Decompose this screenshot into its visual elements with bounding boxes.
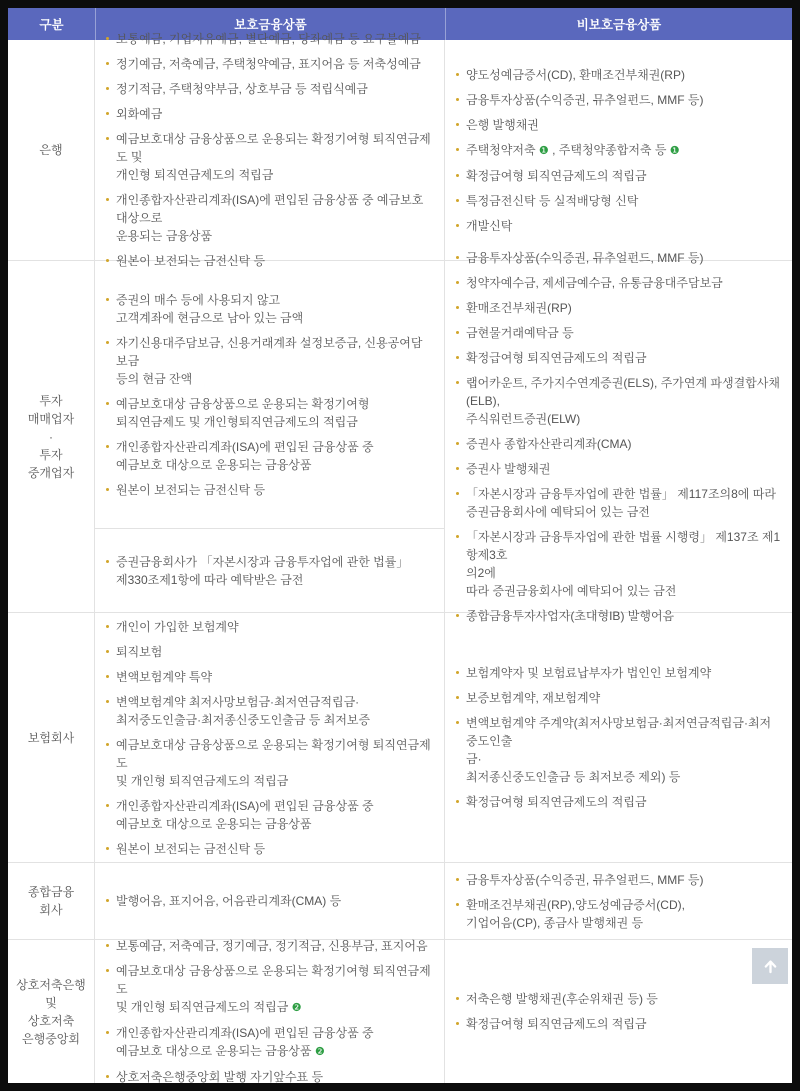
list-item: 상호저축은행중앙회 발행 자기앞수표 등 (103, 1068, 434, 1086)
bullet-icon (456, 696, 459, 699)
list-item: 원본이 보전되는 금전신탁 등 (103, 840, 434, 858)
bullet-icon (456, 800, 459, 803)
bullet-icon (456, 174, 459, 177)
list-item: 주택청약저축 ❶ , 주택청약종합저축 등 ❶ (453, 141, 782, 160)
arrow-up-icon (762, 958, 779, 975)
bullet-icon (456, 878, 459, 881)
list-item: 보통예금, 저축예금, 정기예금, 정기적금, 신용부금, 표지어음 (103, 937, 434, 955)
list-item-text: 개인종합자산관리계좌(ISA)에 편입된 금융상품 중 예금보호 대상으로 운용… (116, 799, 374, 831)
list-item: 개인이 가입한 보험계약 (103, 618, 434, 636)
list-item-text: 금융투자상품(수익증권, 뮤추얼펀드, MMF 등) (466, 873, 703, 887)
bullet-icon (106, 62, 109, 65)
bullet-icon (456, 123, 459, 126)
bullet-icon (456, 535, 459, 538)
bullet-icon (106, 298, 109, 301)
insurance-nonprotected-list: 보험계약자 및 보험료납부자가 법인인 보험계약보증보험계약, 재보험계약변액보… (445, 613, 792, 862)
bullet-icon (106, 198, 109, 201)
list-item-text: 금융투자상품(수익증권, 뮤추얼펀드, MMF 등) (466, 93, 703, 107)
bullet-icon (106, 87, 109, 90)
list-item: 「자본시장과 금융투자업에 관한 법률 시행령」 제137조 제1항제3호 의2… (453, 528, 782, 600)
list-item: 확정급여형 퇴직연금제도의 적립금 (453, 1015, 782, 1033)
bullet-icon (456, 671, 459, 674)
savings-bank-nonprotected-list: 저축은행 발행채권(후순위채권 등) 등확정급여형 퇴직연금제도의 적립금 (445, 940, 792, 1083)
list-item-text: 원본이 보전되는 금전신탁 등 (116, 842, 265, 856)
list-item: 변액보험계약 주계약(최저사망보험금·최저연금적립금·최저중도인출 금· 최저종… (453, 714, 782, 786)
list-item: 원본이 보전되는 금전신탁 등 (103, 481, 434, 499)
list-item: 원본이 보전되는 금전신탁 등 (103, 252, 434, 270)
bullet-icon (106, 804, 109, 807)
list-item: 변액보험계약 특약 (103, 668, 434, 686)
list-item-text: 자기신용대주담보금, 신용거래계좌 설정보증금, 신용공여담보금 등의 현금 잔… (116, 336, 422, 386)
bullet-icon (456, 997, 459, 1000)
footnote-marker-icon: ❷ (315, 1046, 325, 1058)
investment-protected-cell: 증권의 매수 등에 사용되지 않고 고객계좌에 현금으로 남아 있는 금액자기신… (95, 261, 445, 612)
list-item-text: 예금보호대상 금융상품으로 운용되는 확정기여형 퇴직연금제도 및 개인형 퇴직… (116, 132, 431, 182)
list-item: 정기적금, 주택청약부금, 상호부금 등 적립식예금 (103, 80, 434, 98)
list-item-text: 보증보험계약, 재보험계약 (466, 691, 600, 705)
bank-nonprotected-list: 양도성예금증서(CD), 환매조건부채권(RP)금융투자상품(수익증권, 뮤추얼… (445, 40, 792, 260)
list-item: 보험계약자 및 보험료납부자가 법인인 보험계약 (453, 664, 782, 682)
list-item-text: 정기적금, 주택청약부금, 상호부금 등 적립식예금 (116, 82, 368, 96)
list-item: 개발신탁 (453, 217, 782, 235)
bullet-icon (106, 488, 109, 491)
list-item: 청약자예수금, 제세금예수금, 유통금융대주담보금 (453, 274, 782, 292)
list-item: 외화예금 (103, 105, 434, 123)
list-item-text: 발행어음, 표지어음, 어음관리계좌(CMA) 등 (116, 894, 341, 908)
bullet-icon (456, 199, 459, 202)
list-item: 예금보호대상 금융상품으로 운용되는 확정기여형 퇴직연금제도 및 개인형 퇴직… (103, 962, 434, 1017)
bullet-icon (456, 721, 459, 724)
list-item-text: 상호저축은행중앙회 발행 자기앞수표 등 (116, 1070, 323, 1084)
list-item: 보통예금, 기업자유예금, 별단예금, 당좌예금 등 요구불예금 (103, 30, 434, 48)
list-item-text: 예금보호대상 금융상품으로 운용되는 확정기여형 퇴직연금제도 및 개인형 퇴직… (116, 738, 431, 788)
bullet-icon (106, 944, 109, 947)
list-item: 발행어음, 표지어음, 어음관리계좌(CMA) 등 (103, 892, 434, 910)
list-item: 확정급여형 퇴직연금제도의 적립금 (453, 349, 782, 367)
bank-protected-list: 보통예금, 기업자유예금, 별단예금, 당좌예금 등 요구불예금정기예금, 저축… (95, 40, 445, 260)
row-label-savings-bank: 상호저축은행 및 상호저축 은행중앙회 (8, 940, 95, 1083)
list-item-text: 특정금전신탁 등 실적배당형 신탁 (466, 194, 638, 208)
bullet-icon (106, 112, 109, 115)
list-item: 자기신용대주담보금, 신용거래계좌 설정보증금, 신용공여담보금 등의 현금 잔… (103, 334, 434, 388)
list-item-text: 청약자예수금, 제세금예수금, 유통금융대주담보금 (466, 276, 723, 290)
table-row-investment-broker: 투자 매매업자 · 투자 중개업자 증권의 매수 등에 사용되지 않고 고객계좌… (8, 260, 792, 612)
list-item: 환매조건부채권(RP) (453, 299, 782, 317)
merchant-bank-protected-list: 발행어음, 표지어음, 어음관리계좌(CMA) 등 (95, 863, 445, 939)
list-item: 예금보호대상 금융상품으로 운용되는 확정기여형 퇴직연금제도 및 개인형퇴직연… (103, 395, 434, 431)
bullet-icon (106, 402, 109, 405)
list-item-text: 퇴직보험 (116, 645, 162, 659)
insurance-protected-list: 개인이 가입한 보험계약퇴직보험변액보험계약 특약변액보험계약 최저사망보험금·… (95, 613, 445, 862)
footnote-marker-icon: ❶ (539, 145, 549, 157)
bullet-icon (456, 224, 459, 227)
list-item: 증권금융회사가 「자본시장과 금융투자업에 관한 법률」 제330조제1항에 따… (103, 553, 434, 589)
bullet-icon (106, 341, 109, 344)
bullet-icon (456, 614, 459, 617)
list-item-text: 외화예금 (116, 107, 162, 121)
header-category: 구분 (8, 8, 95, 40)
bullet-icon (456, 442, 459, 445)
list-item: 증권사 종합자산관리계좌(CMA) (453, 435, 782, 453)
list-item-text: 보험계약자 및 보험료납부자가 법인인 보험계약 (466, 666, 711, 680)
bullet-icon (106, 650, 109, 653)
row-label-bank: 은행 (8, 40, 95, 260)
bullet-icon (106, 899, 109, 902)
bullet-icon (106, 1031, 109, 1034)
list-item-text: 환매조건부채권(RP),양도성예금증서(CD), 기업어음(CP), 종금사 발… (466, 898, 685, 930)
list-item-text: 예금보호대상 금융상품으로 운용되는 확정기여형 퇴직연금제도 및 개인형 퇴직… (116, 964, 431, 1014)
bullet-icon (106, 37, 109, 40)
bullet-icon (456, 903, 459, 906)
list-item-text: 양도성예금증서(CD), 환매조건부채권(RP) (466, 68, 685, 82)
list-item-text: 변액보험계약 최저사망보험금·최저연금적립금· 최저중도인출금·최저종신중도인출… (116, 695, 370, 727)
list-item: 변액보험계약 최저사망보험금·최저연금적립금· 최저중도인출금·최저종신중도인출… (103, 693, 434, 729)
row-label-merchant-bank: 종합금융 회사 (8, 863, 95, 939)
bullet-icon (456, 1022, 459, 1025)
investment-protected-list: 증권의 매수 등에 사용되지 않고 고객계좌에 현금으로 남아 있는 금액자기신… (95, 261, 444, 528)
list-item: 금융투자상품(수익증권, 뮤추얼펀드, MMF 등) (453, 249, 782, 267)
bullet-icon (106, 625, 109, 628)
list-item-text: 증권의 매수 등에 사용되지 않고 고객계좌에 현금으로 남아 있는 금액 (116, 293, 303, 325)
list-item-text: 랩어카운트, 주가지수연계증권(ELS), 주가연계 파생결합사채(ELB), … (466, 376, 780, 426)
savings-bank-protected-list: 보통예금, 저축예금, 정기예금, 정기적금, 신용부금, 표지어음예금보호대상… (95, 940, 445, 1083)
bullet-icon (106, 675, 109, 678)
bullet-icon (456, 467, 459, 470)
list-item-text: 개인종합자산관리계좌(ISA)에 편입된 금융상품 중 예금보호 대상으로 운용… (116, 1026, 374, 1058)
list-item-text: 증권사 종합자산관리계좌(CMA) (466, 437, 632, 451)
list-item: 금융투자상품(수익증권, 뮤추얼펀드, MMF 등) (453, 871, 782, 889)
list-item-text: 확정급여형 퇴직연금제도의 적립금 (466, 351, 647, 365)
bullet-icon (456, 306, 459, 309)
list-item: 예금보호대상 금융상품으로 운용되는 확정기여형 퇴직연금제도 및 개인형 퇴직… (103, 736, 434, 790)
list-item-text: 원본이 보전되는 금전신탁 등 (116, 254, 265, 268)
list-item-text: 종합금융투자사업자(초대형IB) 발행어음 (466, 609, 674, 623)
list-item-text: 금현물거래예탁금 등 (466, 326, 574, 340)
list-item: 개인종합자산관리계좌(ISA)에 편입된 금융상품 중 예금보호 대상으로 운용… (103, 797, 434, 833)
list-item-text: 예금보호대상 금융상품으로 운용되는 확정기여형 퇴직연금제도 및 개인형퇴직연… (116, 397, 369, 429)
bullet-icon (106, 969, 109, 972)
list-item-text: 개발신탁 (466, 219, 512, 233)
list-item: 확정급여형 퇴직연금제도의 적립금 (453, 793, 782, 811)
list-item-text: 은행 발행채권 (466, 118, 539, 132)
row-label-investment-broker: 투자 매매업자 · 투자 중개업자 (8, 261, 95, 612)
list-item: 보증보험계약, 재보험계약 (453, 689, 782, 707)
footnote-marker-icon: ❶ (670, 145, 680, 157)
list-item: 확정급여형 퇴직연금제도의 적립금 (453, 167, 782, 185)
bullet-icon (456, 281, 459, 284)
list-item-text: 변액보험계약 특약 (116, 670, 212, 684)
list-item: 개인종합자산관리계좌(ISA)에 편입된 금융상품 중 예금보호 대상으로 운용… (103, 438, 434, 474)
list-item: 환매조건부채권(RP),양도성예금증서(CD), 기업어음(CP), 종금사 발… (453, 896, 782, 932)
list-item: 랩어카운트, 주가지수연계증권(ELS), 주가연계 파생결합사채(ELB), … (453, 374, 782, 428)
merchant-bank-nonprotected-list: 금융투자상품(수익증권, 뮤추얼펀드, MMF 등)환매조건부채권(RP),양도… (445, 863, 792, 939)
bullet-icon (456, 356, 459, 359)
list-item-text: 「자본시장과 금융투자업에 관한 법률 시행령」 제137조 제1항제3호 의2… (466, 530, 780, 598)
investment-nonprotected-list: 금융투자상품(수익증권, 뮤추얼펀드, MMF 등)청약자예수금, 제세금예수금… (445, 261, 792, 612)
list-item: 「자본시장과 금융투자업에 관한 법률」 제117조의8에 따라 증권금융회사에… (453, 485, 782, 521)
list-item: 증권의 매수 등에 사용되지 않고 고객계좌에 현금으로 남아 있는 금액 (103, 291, 434, 327)
list-item-text: 변액보험계약 주계약(최저사망보험금·최저연금적립금·최저중도인출 금· 최저종… (466, 716, 771, 784)
list-item: 금현물거래예탁금 등 (453, 324, 782, 342)
list-item-text: 개인종합자산관리계좌(ISA)에 편입된 금융상품 중 예금보호 대상으로 운용… (116, 440, 374, 472)
table-row-bank: 은행 보통예금, 기업자유예금, 별단예금, 당좌예금 등 요구불예금정기예금,… (8, 40, 792, 260)
footnote-marker-icon: ❷ (292, 1002, 302, 1014)
list-item-text: 저축은행 발행채권(후순위채권 등) 등 (466, 992, 658, 1006)
list-item-text: 확정급여형 퇴직연금제도의 적립금 (466, 1017, 647, 1031)
list-item-text: 확정급여형 퇴직연금제도의 적립금 (466, 169, 647, 183)
list-item-text: 개인종합자산관리계좌(ISA)에 편입된 금융상품 중 예금보호 대상으로 운용… (116, 193, 423, 243)
list-item-text: 증권사 발행채권 (466, 462, 550, 476)
bullet-icon (456, 148, 459, 151)
bullet-icon (106, 560, 109, 563)
list-item-text: 환매조건부채권(RP) (466, 301, 572, 315)
bullet-icon (456, 73, 459, 76)
list-item: 개인종합자산관리계좌(ISA)에 편입된 금융상품 중 예금보호 대상으로 운용… (103, 191, 434, 245)
deposit-protection-table: 구분 보호금융상품 비보호금융상품 은행 보통예금, 기업자유예금, 별단예금,… (8, 8, 792, 1083)
bullet-icon (456, 98, 459, 101)
bullet-icon (106, 847, 109, 850)
list-item-text: 주택청약저축 ❶ , 주택청약종합저축 등 ❶ (466, 143, 680, 157)
list-item: 정기예금, 저축예금, 주택청약예금, 표지어음 등 저축성예금 (103, 55, 434, 73)
bullet-icon (456, 331, 459, 334)
list-item-text: 보통예금, 기업자유예금, 별단예금, 당좌예금 등 요구불예금 (116, 32, 421, 46)
investment-protected-list-2: 증권금융회사가 「자본시장과 금융투자업에 관한 법률」 제330조제1항에 따… (95, 528, 444, 612)
list-item: 예금보호대상 금융상품으로 운용되는 확정기여형 퇴직연금제도 및 개인형 퇴직… (103, 130, 434, 184)
list-item-text: 금융투자상품(수익증권, 뮤추얼펀드, MMF 등) (466, 251, 703, 265)
header-nonprotected-products: 비보호금융상품 (445, 8, 792, 40)
list-item: 특정금전신탁 등 실적배당형 신탁 (453, 192, 782, 210)
list-item: 양도성예금증서(CD), 환매조건부채권(RP) (453, 66, 782, 84)
list-item-text: 보통예금, 저축예금, 정기예금, 정기적금, 신용부금, 표지어음 (116, 939, 428, 953)
list-item: 종합금융투자사업자(초대형IB) 발행어음 (453, 607, 782, 625)
list-item-text: 정기예금, 저축예금, 주택청약예금, 표지어음 등 저축성예금 (116, 57, 421, 71)
bullet-icon (106, 259, 109, 262)
list-item-text: 확정급여형 퇴직연금제도의 적립금 (466, 795, 647, 809)
table-row-merchant-bank: 종합금융 회사 발행어음, 표지어음, 어음관리계좌(CMA) 등 금융투자상품… (8, 862, 792, 939)
list-item: 금융투자상품(수익증권, 뮤추얼펀드, MMF 등) (453, 91, 782, 109)
page: 구분 보호금융상품 비보호금융상품 은행 보통예금, 기업자유예금, 별단예금,… (0, 0, 800, 1091)
bullet-icon (106, 137, 109, 140)
table-row-savings-bank: 상호저축은행 및 상호저축 은행중앙회 보통예금, 저축예금, 정기예금, 정기… (8, 939, 792, 1083)
list-item-text: 「자본시장과 금융투자업에 관한 법률」 제117조의8에 따라 증권금융회사에… (466, 487, 776, 519)
list-item-text: 원본이 보전되는 금전신탁 등 (116, 483, 265, 497)
list-item-text: 개인이 가입한 보험계약 (116, 620, 239, 634)
list-item-text: 증권금융회사가 「자본시장과 금융투자업에 관한 법률」 제330조제1항에 따… (116, 555, 408, 587)
bullet-icon (106, 1075, 109, 1078)
bullet-icon (456, 381, 459, 384)
list-item: 퇴직보험 (103, 643, 434, 661)
bullet-icon (456, 492, 459, 495)
list-item: 증권사 발행채권 (453, 460, 782, 478)
bullet-icon (456, 256, 459, 259)
list-item: 개인종합자산관리계좌(ISA)에 편입된 금융상품 중 예금보호 대상으로 운용… (103, 1024, 434, 1061)
bullet-icon (106, 445, 109, 448)
list-item: 은행 발행채권 (453, 116, 782, 134)
table-row-insurance: 보험회사 개인이 가입한 보험계약퇴직보험변액보험계약 특약변액보험계약 최저사… (8, 612, 792, 862)
scroll-to-top-button[interactable] (752, 948, 788, 984)
bullet-icon (106, 700, 109, 703)
row-label-insurance: 보험회사 (8, 613, 95, 862)
bullet-icon (106, 743, 109, 746)
list-item: 저축은행 발행채권(후순위채권 등) 등 (453, 990, 782, 1008)
